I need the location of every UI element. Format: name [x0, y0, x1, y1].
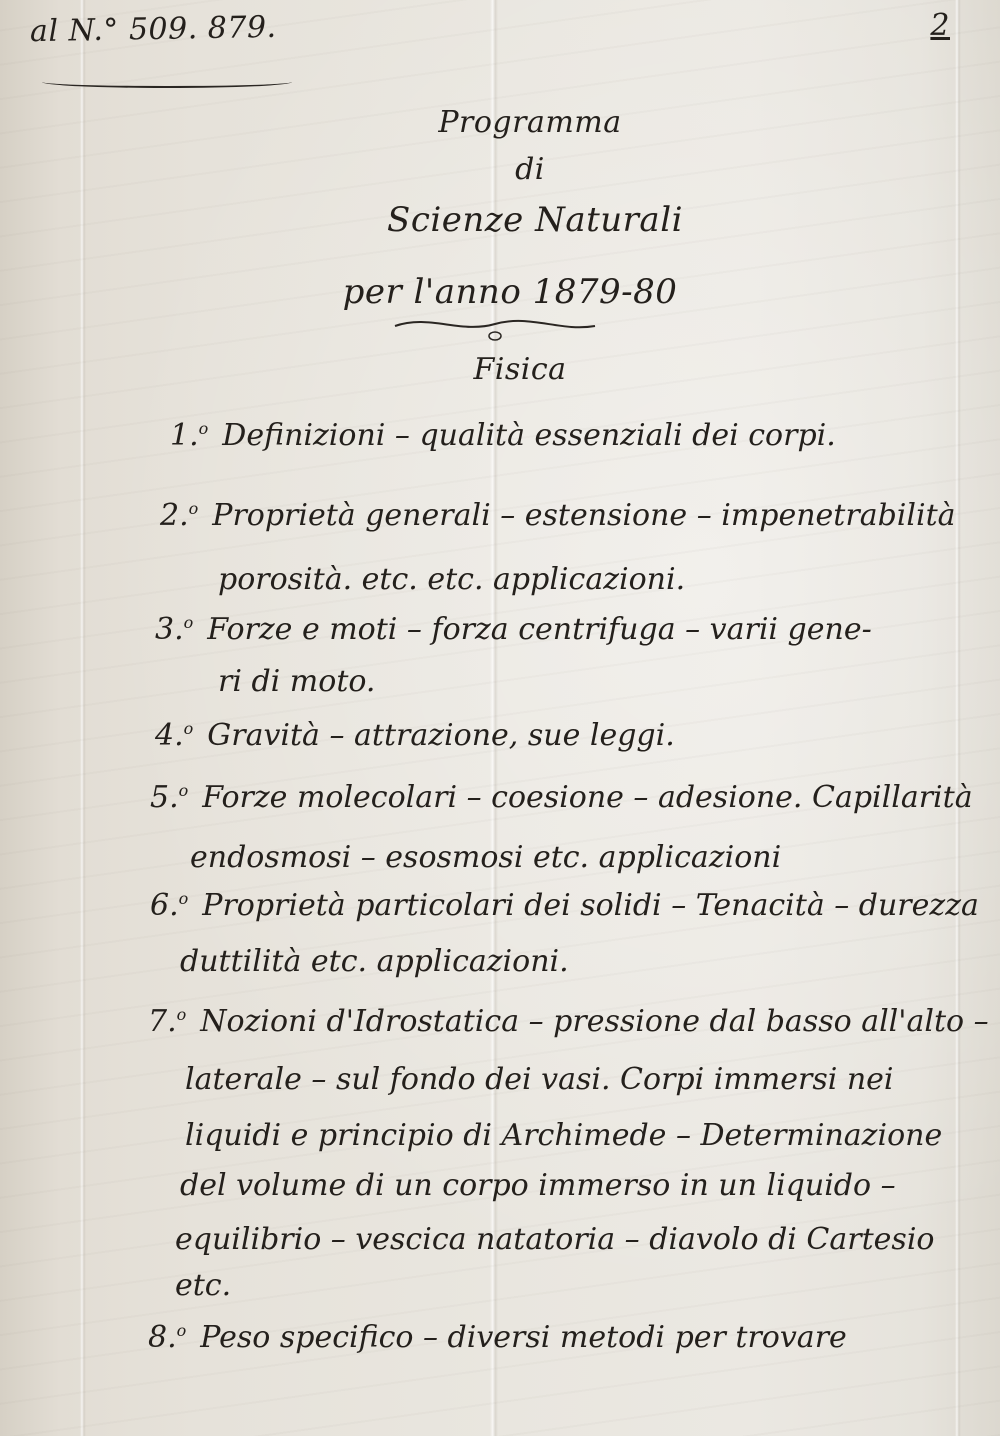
title-subject: Scienze Naturali: [0, 200, 1000, 240]
item-6-line-1: 6.oProprietà particolari dei solidi – Te…: [150, 888, 979, 923]
item-2-line-1: 2.oProprietà generali – estensione – imp…: [160, 498, 956, 533]
section-heading-fisica: Fisica: [0, 352, 1000, 387]
item-7-line-2: laterale – sul fondo dei vasi. Corpi imm…: [185, 1062, 894, 1097]
archive-reference: al N.° 509. 879.: [30, 10, 277, 49]
item-5-line-1: 5.oForze molecolari – coesione – adesion…: [150, 780, 973, 815]
item-number: 3.o: [155, 612, 193, 647]
item-2-line-2: porosità. etc. etc. applicazioni.: [218, 562, 685, 597]
item-6-line-2: duttilità etc. applicazioni.: [180, 944, 569, 979]
manuscript-page: al N.° 509. 879. 2 Programma di Scienze …: [0, 0, 1000, 1436]
reference-underline: [42, 76, 292, 88]
item-7-line-1: 7.oNozioni d'Idrostatica – pressione dal…: [148, 1004, 989, 1039]
item-number: 8.o: [148, 1320, 186, 1355]
item-3-line-2: ri di moto.: [218, 664, 375, 699]
item-number: 6.o: [150, 888, 188, 923]
decorative-flourish-icon: [390, 312, 600, 342]
title-di: di: [0, 152, 1000, 187]
item-1-line-1: 1.oDefinizioni – qualità essenziali dei …: [170, 418, 836, 453]
item-3-line-1: 3.oForze e moti – forza centrifuga – var…: [155, 612, 872, 647]
item-number: 5.o: [150, 780, 188, 815]
item-number: 7.o: [148, 1004, 186, 1039]
item-number: 4.o: [155, 718, 193, 753]
item-4-line-1: 4.oGravità – attrazione, sue leggi.: [155, 718, 675, 753]
item-7-line-5: equilibrio – vescica natatoria – diavolo…: [175, 1222, 934, 1257]
item-7-line-4: del volume di un corpo immerso in un liq…: [180, 1168, 896, 1203]
item-8-line-1: 8.oPeso specifico – diversi metodi per t…: [148, 1320, 847, 1355]
item-7-line-6: etc.: [175, 1268, 231, 1303]
item-number: 1.o: [170, 418, 208, 453]
page-number: 2: [930, 8, 950, 43]
item-number: 2.o: [160, 498, 198, 533]
item-5-line-2: endosmosi – esosmosi etc. applicazioni: [190, 840, 781, 875]
item-7-line-3: liquidi e principio di Archimede – Deter…: [185, 1118, 942, 1153]
title-programma: Programma: [0, 105, 1000, 140]
title-year: per l'anno 1879-80: [0, 272, 1000, 312]
